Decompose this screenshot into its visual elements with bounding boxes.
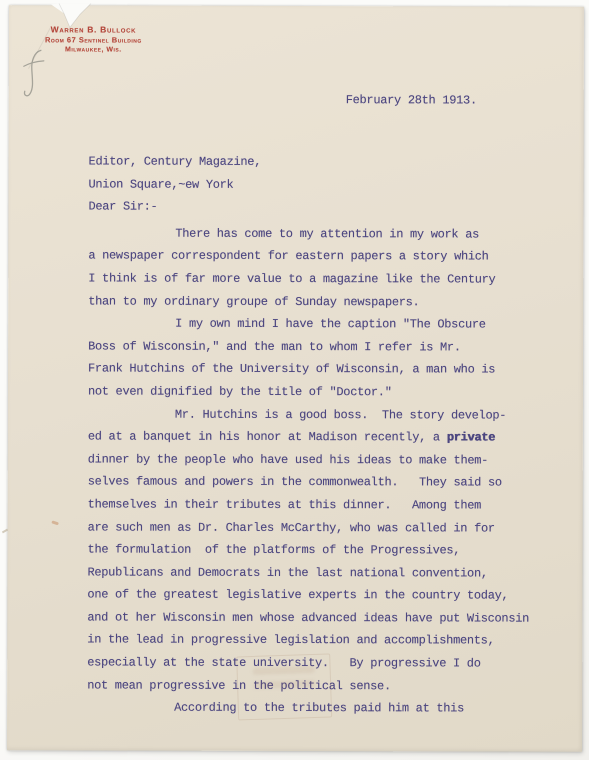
stamp-faint-text-line bbox=[252, 666, 315, 675]
letter-paper: Warren B. Bullock Room 67 Sentinel Build… bbox=[7, 5, 584, 752]
letter-line: themselves in their tributes at this din… bbox=[88, 493, 530, 517]
letter-line: I my own mind I have the caption "The Ob… bbox=[88, 313, 530, 337]
letter-line: Boss of Wisconsin," and the man to whom … bbox=[88, 335, 530, 359]
date-line: February 28th 1913. bbox=[346, 93, 477, 107]
letterhead-name: Warren B. Bullock bbox=[31, 24, 156, 35]
letter-line: not even dignified by the title of "Doct… bbox=[88, 380, 530, 404]
letter-line: Republicans and Democrats in the last na… bbox=[87, 561, 529, 585]
address-block: Editor, Century Magazine,Union Square,~e… bbox=[88, 150, 530, 219]
letter-line: ed at a banquet in his honor at Madison … bbox=[88, 426, 530, 450]
letter-line: are such men as Dr. Charles McCarthy, wh… bbox=[88, 516, 530, 540]
letter-line: one of the greatest legislative experts … bbox=[87, 584, 529, 608]
letter-line: Mr. Hutchins is a good boss. The story d… bbox=[88, 403, 530, 427]
letter-line: the formulation of the platforms of the … bbox=[88, 539, 530, 563]
letterhead-address: Room 67 Sentinel Building bbox=[31, 35, 156, 46]
letter-line: Union Square,~ew York bbox=[88, 173, 530, 197]
double-struck-word: private bbox=[447, 431, 495, 445]
letter-line: Dear Sir:- bbox=[88, 196, 530, 220]
letter-line: and ot her Wisconsin men whose advanced … bbox=[87, 606, 529, 630]
letter-line: than to my ordinary groupe of Sunday new… bbox=[88, 290, 530, 314]
archival-stamp bbox=[236, 653, 332, 720]
letter-line: selves famous and powers in the commonwe… bbox=[88, 471, 530, 495]
letter-line: in the lead in progressive legislation a… bbox=[87, 629, 529, 653]
letter-line: Editor, Century Magazine, bbox=[89, 150, 531, 174]
letter-line: dinner by the people who have used his i… bbox=[88, 448, 530, 472]
pencil-mark-f-icon bbox=[20, 47, 52, 101]
paper-speck bbox=[51, 520, 59, 525]
letter-line: a newspaper correspondent for eastern pa… bbox=[88, 245, 530, 269]
body-block: There has come to my attention in my wor… bbox=[87, 222, 530, 720]
letter-line: Frank Hutchins of the University of Wisc… bbox=[88, 358, 530, 382]
stamp-faint-text-line bbox=[253, 680, 316, 689]
letter-line: There has come to my attention in my wor… bbox=[88, 222, 530, 246]
scan-background: Warren B. Bullock Room 67 Sentinel Build… bbox=[0, 0, 589, 760]
letter-text: Editor, Century Magazine,Union Square,~e… bbox=[87, 150, 530, 720]
letter-line: I think is of far more value to a magazi… bbox=[88, 267, 530, 291]
